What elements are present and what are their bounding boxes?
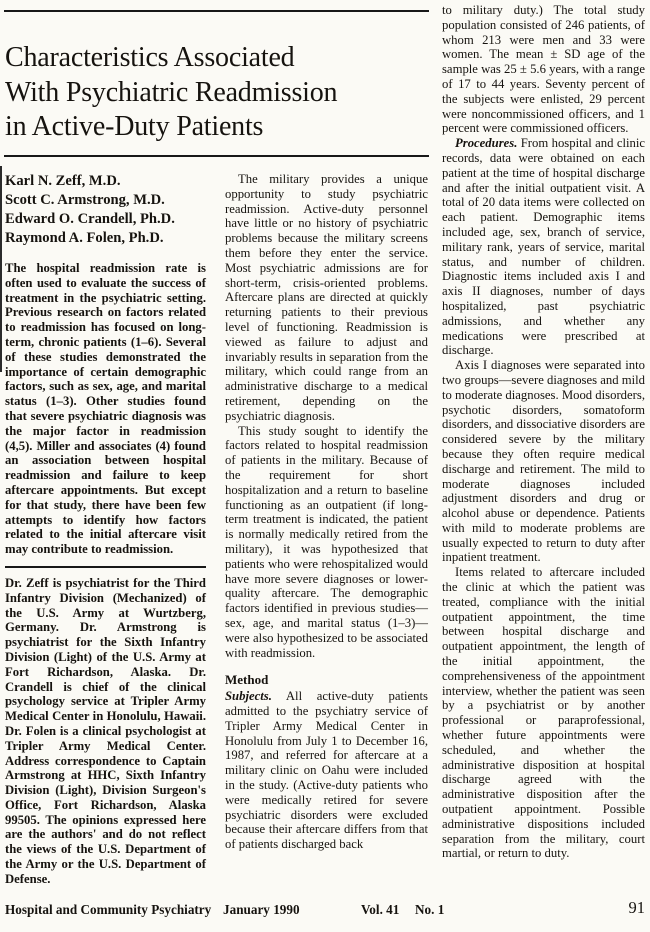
author-name: Scott C. Armstrong, M.D. xyxy=(5,191,206,210)
right-column: to military duty.) The total study popul… xyxy=(442,3,645,861)
author-name: Edward O. Crandell, Ph.D. xyxy=(5,210,206,229)
author-list: Karl N. Zeff, M.D. Scott C. Armstrong, M… xyxy=(5,172,206,248)
subjects-lead-label: Subjects. xyxy=(225,689,272,703)
issue-number-label: No. 1 xyxy=(415,902,444,918)
volume-label: Vol. 41 xyxy=(361,902,399,918)
article-title-line-2: With Psychiatric Readmission xyxy=(5,76,435,111)
affiliation-divider-rule xyxy=(5,566,206,568)
page-footer: Hospital and Community Psychiatry Januar… xyxy=(5,899,645,923)
intro-paragraph-1: The military provides a unique opportuni… xyxy=(225,172,428,424)
scan-edge-artifact xyxy=(0,166,2,372)
left-column: Karl N. Zeff, M.D. Scott C. Armstrong, M… xyxy=(5,172,206,887)
journal-name: Hospital and Community Psychiatry xyxy=(5,902,211,918)
article-title-line-3: in Active-Duty Patients xyxy=(5,110,435,145)
title-top-rule xyxy=(4,10,429,12)
method-section-heading: Method xyxy=(225,672,428,688)
author-name: Karl N. Zeff, M.D. xyxy=(5,172,206,191)
journal-page: Characteristics Associated With Psychiat… xyxy=(0,0,650,932)
procedures-paragraph-text: From hospital and clinic records, data w… xyxy=(442,136,645,357)
article-title: Characteristics Associated With Psychiat… xyxy=(5,41,435,145)
author-name: Raymond A. Folen, Ph.D. xyxy=(5,229,206,248)
abstract-text: The hospital readmission rate is often u… xyxy=(5,261,206,557)
middle-column: The military provides a unique opportuni… xyxy=(225,172,428,852)
aftercare-items-paragraph: Items related to aftercare included the … xyxy=(442,565,645,861)
title-bottom-rule xyxy=(4,155,429,157)
axis-diagnoses-paragraph: Axis I diagnoses were separated into two… xyxy=(442,358,645,565)
subjects-paragraph: Subjects. All active-duty patients admit… xyxy=(225,689,428,852)
procedures-paragraph: Procedures. From hospital and clinic rec… xyxy=(442,136,645,358)
affiliation-note: Dr. Zeff is psychiatrist for the Third I… xyxy=(5,576,206,887)
subjects-paragraph-text: All active-duty patients admitted to the… xyxy=(225,689,428,851)
issue-date: January 1990 xyxy=(223,902,300,918)
page-number: 91 xyxy=(629,898,646,918)
study-population-paragraph: to military duty.) The total study popul… xyxy=(442,3,645,136)
article-title-line-1: Characteristics Associated xyxy=(5,41,435,76)
procedures-lead-label: Procedures. xyxy=(455,136,517,150)
intro-paragraph-2: This study sought to identify the factor… xyxy=(225,424,428,661)
